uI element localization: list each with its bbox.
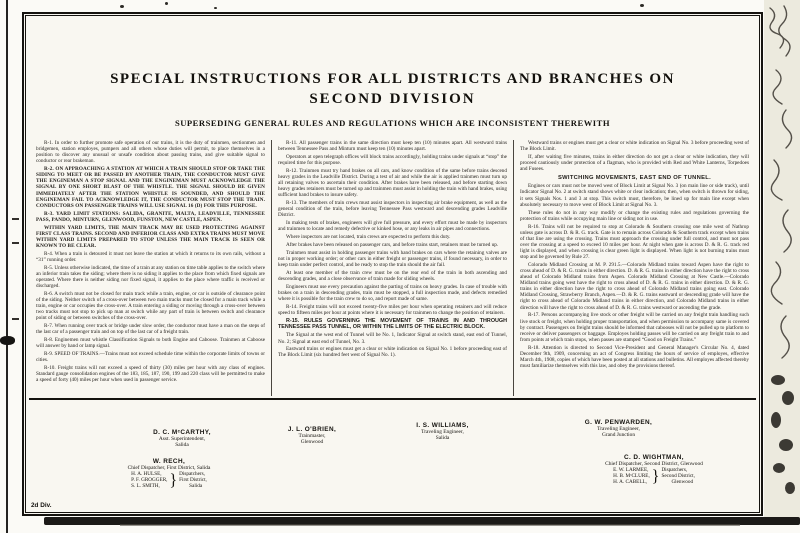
signature-divider-rule: [29, 398, 756, 400]
para-r1: R-1. In order to further promote safe op…: [36, 140, 265, 164]
dispatchers-second-district: E. W. LARMEE, H. B. MᶜCLURE, H. A. CABEL…: [544, 468, 764, 486]
handwriting-margin-notes: [764, 0, 800, 519]
signer-name: I. S. WILLIAMS,: [380, 422, 505, 429]
document-page: SPECIAL INSTRUCTIONS FOR ALL DISTRICTS A…: [22, 12, 763, 516]
signer-name: C. D. WIGHTMAN,: [544, 454, 764, 461]
scan-speck: [165, 2, 168, 5]
column-2: R-11. All passenger trains in the same d…: [271, 140, 513, 396]
brace-glyph: }: [652, 469, 660, 486]
para-brake-tests: In making tests of brakes, engineers wil…: [278, 220, 507, 232]
para-r8: R-8. Enginemen must whistle Classificati…: [36, 337, 265, 349]
para-r2: R-2. ON APPROACHING A STATION AT WHICH A…: [36, 166, 265, 209]
scan-ink-blob: [0, 336, 15, 345]
para-retainers: After brakes have been released on passe…: [278, 242, 507, 248]
brace-glyph: }: [169, 473, 177, 490]
column-1: R-1. In order to further promote safe op…: [30, 140, 271, 396]
margin-tick: [12, 318, 19, 320]
scan-speck: [640, 4, 644, 7]
page-title-line1: SPECIAL INSTRUCTIONS FOR ALL DISTRICTS A…: [24, 71, 761, 88]
para-rear-end: At least one member of the train crew mu…: [278, 270, 507, 282]
page-fold-line: [6, 0, 8, 533]
signer-name: G. W. PENWARDEN,: [546, 419, 691, 426]
para-inspectors: Where inspectors are not located, train …: [278, 234, 507, 240]
signer-location: Salida: [112, 442, 252, 448]
para-r3: R-3. YARD LIMIT STATIONS: SALIDA, GRANIT…: [36, 211, 265, 223]
para-parting-trains: Engineers must use every precaution agai…: [278, 284, 507, 302]
column-3: Westward trains or engines must get a cl…: [513, 140, 755, 396]
scan-speck: [120, 5, 124, 8]
para-r16: R-16. Trains will not be required to sto…: [520, 224, 749, 261]
signer-name: J. L. O'BRIEN,: [252, 426, 372, 433]
para-hand-brakes: Trainmen must assist in holding passenge…: [278, 250, 507, 268]
para-r18: R-18. Attention is directed to Second Vi…: [520, 345, 749, 369]
group-label-line: Salida: [179, 484, 207, 490]
margin-tick: [12, 218, 19, 220]
signer-role: Chief Dispatcher, Second District, Glenw…: [544, 461, 764, 467]
para-r6: R-6. A switch must not be closed for mai…: [36, 291, 265, 321]
scanned-document: SPECIAL INSTRUCTIONS FOR ALL DISTRICTS A…: [0, 0, 800, 533]
para-r12: R-12. Trainmen must try hand brakes on a…: [278, 168, 507, 198]
signature-obrien: J. L. O'BRIEN, Trainmaster, Glenwood: [252, 426, 372, 446]
signer-role: Chief Dispatcher, First District, Salida: [64, 465, 274, 471]
heading-switching-movements: SWITCHING MOVEMENTS, EAST END OF TUNNEL.: [520, 175, 749, 181]
para-westward-trains: Westward trains or engines must get a cl…: [520, 140, 749, 152]
page-subtitle: SUPERSEDING GENERAL RULES AND REGULATION…: [24, 118, 761, 128]
para-yard-limits: WITHIN YARD LIMITS, THE MAIN TRACK MAY B…: [36, 225, 265, 249]
signature-wightman: C. D. WIGHTMAN, Chief Dispatcher, Second…: [544, 454, 764, 486]
signature-mccarthy: D. C. MᶜCARTHY, Asst. Superintendent, Sa…: [112, 429, 252, 449]
margin-tick: [12, 242, 19, 244]
signer-name: D. C. MᶜCARTHY,: [112, 429, 252, 436]
dispatcher-names: H. A. HULSE, P. F. GROGGER, S. L. SMITH,: [131, 472, 167, 490]
dispatcher-name: S. L. SMITH,: [131, 484, 167, 490]
signature-rech: W. RECH, Chief Dispatcher, First Distric…: [64, 458, 274, 490]
para-five-minutes: If, after waiting five minutes, trains i…: [520, 154, 749, 172]
right-margin-band: [764, 0, 800, 519]
scan-speck: [214, 7, 217, 9]
dispatchers-first-district: H. A. HULSE, P. F. GROGGER, S. L. SMITH,…: [64, 472, 274, 490]
group-label-line: Glenwood: [661, 480, 694, 486]
text-columns: R-1. In order to further promote safe op…: [30, 140, 755, 396]
para-r15-heading: R-15. RULES GOVERNING THE MOVEMENT OF TR…: [278, 318, 507, 330]
dispatcher-group-label: Dispatchers, Second District, Glenwood: [661, 468, 694, 486]
para-r4: R-4. When a train is detoured it must no…: [36, 251, 265, 263]
para-midland-crossings: Colorado Midland Crossing at M. P. 291.5…: [520, 262, 749, 311]
dispatcher-names: E. W. LARMEE, H. B. MᶜCLURE, H. A. CABEL…: [613, 468, 650, 486]
para-r14: R-14. Freight trains will not exceed twe…: [278, 304, 507, 316]
para-r5: R-5. Unless otherwise indicated, the tim…: [36, 265, 265, 289]
para-r17: R-17. Persons accompanying live stock or…: [520, 312, 749, 342]
para-rules-modify: These rules do not in any way modify or …: [520, 210, 749, 222]
para-r7: R-7. When running over track or bridge u…: [36, 323, 265, 335]
signer-location: Glenwood: [252, 439, 372, 445]
signer-name: W. RECH,: [64, 458, 274, 465]
signature-penwarden: G. W. PENWARDEN, Traveling Engineer, Gra…: [546, 419, 691, 439]
bottom-scan-smudge: [120, 524, 740, 526]
para-eastward-trains: Eastward trains or engines must get a cl…: [278, 346, 507, 358]
para-tunnel-signals: The Signal at the west end of Tunnel wil…: [278, 332, 507, 344]
para-r10: R-10. Freight trains will not exceed a s…: [36, 365, 265, 383]
para-operators: Operators at open telegraph offices will…: [278, 154, 507, 166]
signer-location: Salida: [380, 435, 505, 441]
para-block-limit: Engines or cars must not be moved west o…: [520, 183, 749, 207]
dispatcher-group-label: Dispatchers, First District, Salida: [179, 472, 207, 490]
para-r11: R-11. All passenger trains in the same d…: [278, 140, 507, 152]
signature-williams: I. S. WILLIAMS, Traveling Engineer, Sali…: [380, 422, 505, 442]
dispatcher-name: H. A. CABELL,: [613, 480, 650, 486]
para-r13: R-13. The members of train crews must as…: [278, 200, 507, 218]
para-r9: R-9. SPEED OF TRAINS.—Trains must not ex…: [36, 351, 265, 363]
division-mark: 2d Div.: [31, 502, 51, 509]
signer-location: Grand Junction: [546, 432, 691, 438]
page-title-line2: SECOND DIVISION: [24, 91, 761, 108]
